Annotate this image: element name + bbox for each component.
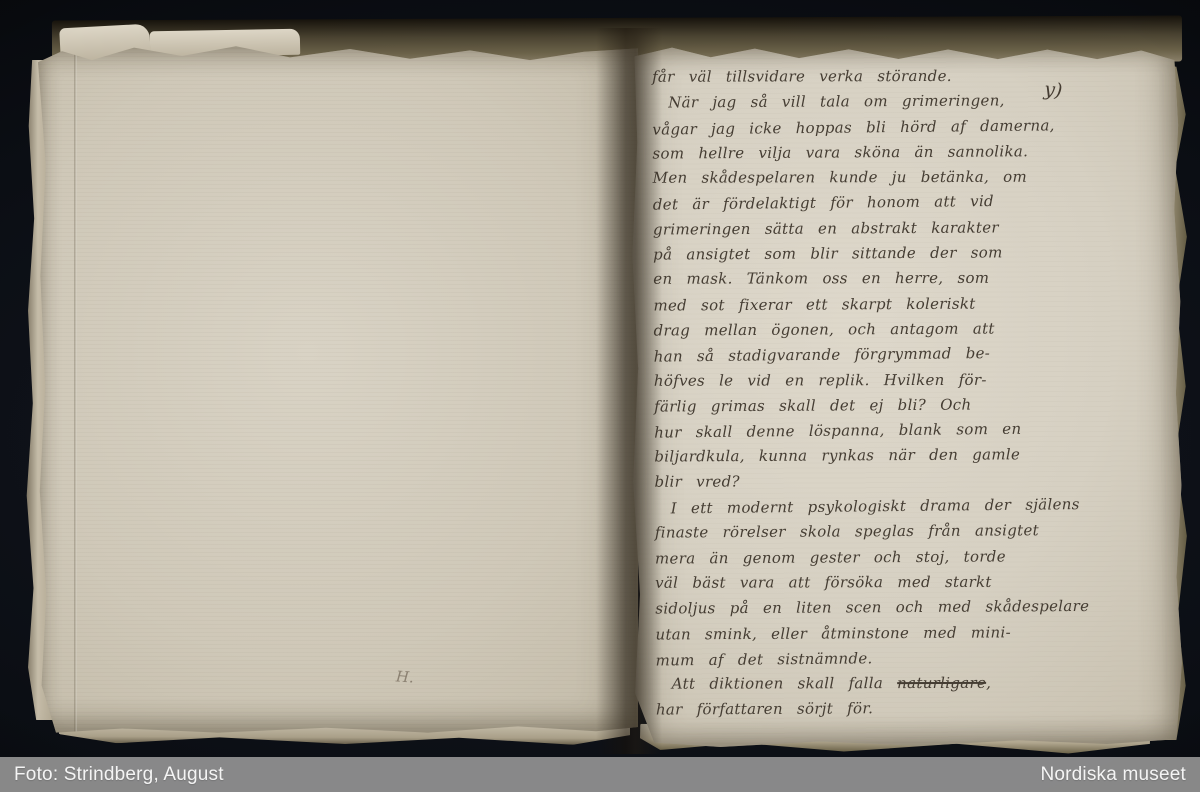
photo-credit: Foto: Strindberg, August [14, 764, 224, 786]
manuscript-line: sidoljus på en liten scen och med skådes… [655, 594, 1125, 622]
manuscript-line: vågar jag icke hoppas bli hörd af damern… [652, 112, 1122, 142]
manuscript-line: höfves le vid en replik. Hvilken för- [654, 367, 1124, 394]
archive-photo-viewer: H. y) får väl tillsvidare verka störande… [0, 0, 1200, 792]
manuscript-line: får väl tillsvidare verka störande. [652, 63, 1122, 90]
manuscript-line: finaste rörelser skola speglas från ansi… [655, 518, 1125, 546]
manuscript-line: utan smink, eller åtminstone med mini- [655, 619, 1125, 647]
manuscript-line: han så stadigvarande förgrymmad be- [654, 340, 1124, 370]
manuscript-line: I ett modernt psykologiskt drama der sjä… [655, 492, 1125, 522]
manuscript-line: blir vred? [654, 468, 1124, 495]
manuscript-line: en mask. Tänkom oss en herre, som [653, 266, 1123, 293]
manuscript-line: hur skall denne löspanna, blank som en [654, 416, 1124, 446]
manuscript-line: Att diktionen skall falla naturligare, [656, 671, 1126, 698]
museum-credit: Nordiska museet [1040, 764, 1186, 786]
manuscript-line: När jag så vill tala om grimeringen, [652, 88, 1122, 116]
page-fold-line [74, 40, 77, 734]
manuscript-line: mera än genom gester och stoj, torde [655, 543, 1125, 571]
manuscript-line: väl bäst vara att försöka med starkt [655, 569, 1125, 596]
manuscript-line: med sot fixerar ett skarpt koleriskt [653, 290, 1123, 318]
manuscript-line: det är fördelaktigt för honom att vid [653, 188, 1123, 218]
manuscript-text: får väl tillsvidare verka störande.När j… [652, 63, 1126, 724]
caption-bar: Foto: Strindberg, August Nordiska museet [0, 757, 1200, 792]
blank-left-page: H. [38, 40, 638, 734]
manuscript-line: mum af det sistnämnde. [655, 643, 1125, 673]
faint-page-mark: H. [395, 667, 414, 686]
manuscript-line: biljardkula, kunna rynkas när den gamle [654, 442, 1124, 470]
manuscript-line: har författaren sörjt för. [656, 695, 1126, 723]
manuscript-line: på ansigtet som blir sittande der som [653, 240, 1123, 268]
manuscript-line: Men skådespelaren kunde ju betänka, om [653, 165, 1123, 192]
manuscript-line: som hellre vilja vara sköna än sannolika… [652, 139, 1122, 167]
manuscript-right-page: y) får väl tillsvidare verka störande.Nä… [628, 40, 1184, 749]
manuscript-line: grimeringen sätta en abstrakt karakter [653, 214, 1123, 242]
